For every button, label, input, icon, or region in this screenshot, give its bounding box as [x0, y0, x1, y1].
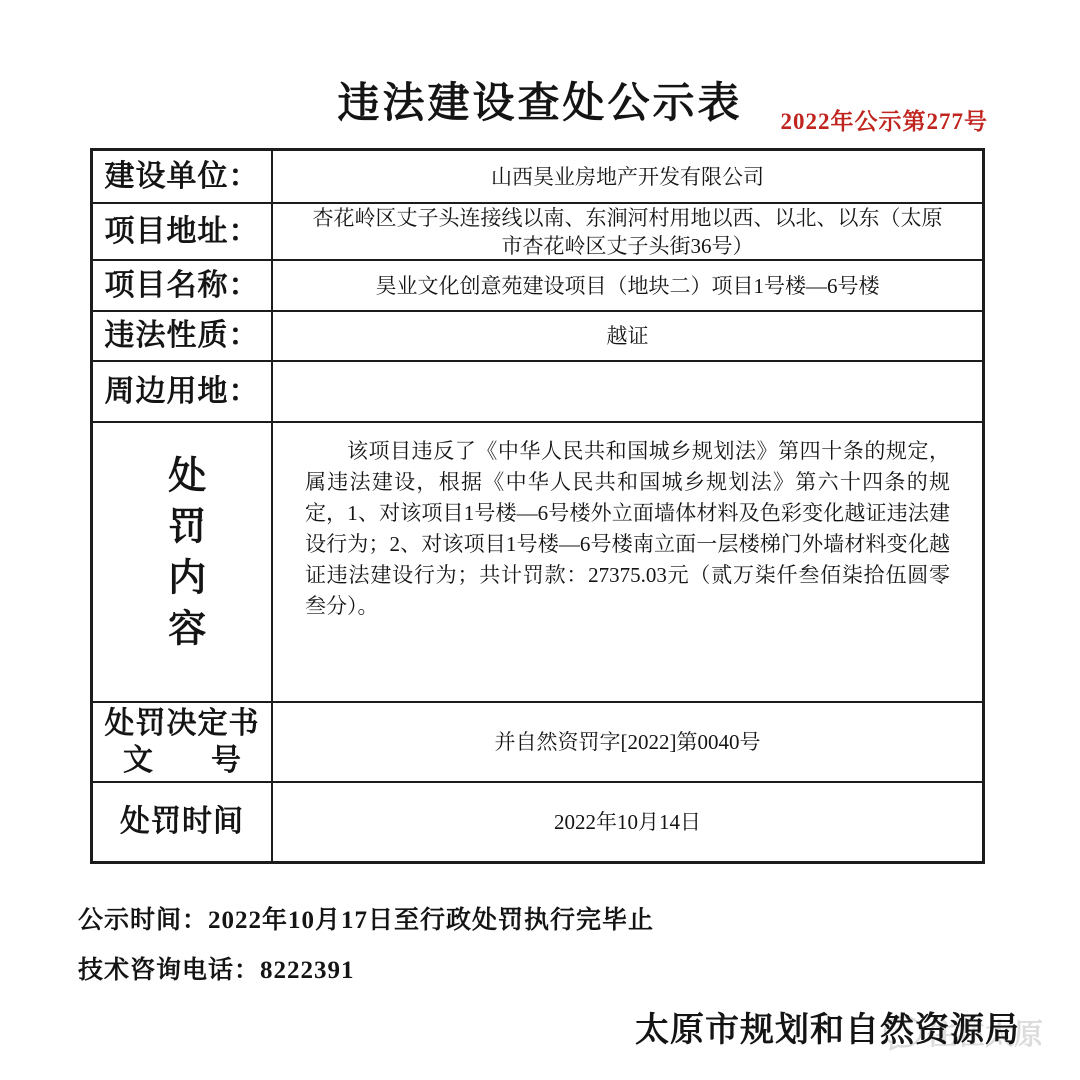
row-value: 山西昊业房地产开发有限公司 — [491, 163, 764, 191]
penalty-content-label: 处罚内容 — [158, 455, 206, 659]
decision-doc-number: 并自然资罚字[2022]第0040号 — [495, 728, 761, 756]
public-notice-period: 公示时间：2022年10月17日至行政处罚执行完毕止 — [78, 900, 654, 936]
row-label-cell: 处罚内容 — [93, 423, 273, 701]
row-value-cell: 越证 — [273, 312, 982, 360]
row-label-cell: 周边用地： — [93, 362, 273, 421]
table-row-violation-nature: 违法性质： 越证 — [93, 312, 982, 362]
row-label-cell: 项目名称： — [93, 261, 273, 310]
row-label-cell: 违法性质： — [93, 312, 273, 360]
row-value-cell: 该项目违反了《中华人民共和国城乡规划法》第四十条的规定，属违法建设，根据《中华人… — [273, 357, 982, 701]
table-row-construction-unit: 建设单位： 山西昊业房地产开发有限公司 — [93, 151, 982, 204]
decision-label-line1: 处罚决定书 — [105, 705, 260, 743]
row-value: 昊业文化创意苑建设项目（地块二）项目1号楼—6号楼 — [376, 272, 880, 300]
row-label-cell: 建设单位： — [93, 151, 273, 202]
row-label: 违法性质： — [105, 317, 260, 355]
row-label: 周边用地： — [105, 373, 260, 411]
row-label: 项目地址： — [105, 213, 260, 251]
row-label-cell: 处罚决定书 文 号 — [93, 703, 273, 781]
decision-label-line2: 文 号 — [109, 742, 255, 780]
issuing-agency: 太原市规划和自然资源局 — [635, 1002, 1020, 1051]
row-label-cell: 项目地址： — [93, 204, 273, 259]
penalty-time-value: 2022年10月14日 — [554, 808, 701, 836]
row-label: 处罚时间 — [120, 803, 244, 841]
row-value: 越证 — [607, 322, 649, 350]
consultation-phone: 技术咨询电话：8222391 — [78, 950, 355, 986]
table-row-penalty-content: 处罚内容 该项目违反了《中华人民共和国城乡规划法》第四十条的规定，属违法建设，根… — [93, 423, 982, 703]
row-label: 项目名称： — [105, 267, 260, 305]
row-value-cell: 杏花岭区丈子头连接线以南、东涧河村用地以西、以北、以东（太原市杏花岭区丈子头街3… — [273, 204, 982, 259]
table-row-penalty-time: 处罚时间 2022年10月14日 — [93, 783, 982, 861]
row-label-cell: 处罚时间 — [93, 783, 273, 861]
row-label: 建设单位： — [105, 158, 260, 196]
table-row-project-name: 项目名称： 昊业文化创意苑建设项目（地块二）项目1号楼—6号楼 — [93, 261, 982, 312]
row-value-cell: 山西昊业房地产开发有限公司 — [273, 151, 982, 202]
table-row-decision-doc-number: 处罚决定书 文 号 并自然资罚字[2022]第0040号 — [93, 703, 982, 783]
row-value-cell: 并自然资罚字[2022]第0040号 — [273, 703, 982, 781]
row-value: 杏花岭区丈子头连接线以南、东涧河村用地以西、以北、以东（太原市杏花岭区丈子头街3… — [303, 204, 952, 260]
row-value-cell: 2022年10月14日 — [273, 783, 982, 861]
table-row-project-address: 项目地址： 杏花岭区丈子头连接线以南、东涧河村用地以西、以北、以东（太原市杏花岭… — [93, 204, 982, 261]
doc-number: 2022年公示第277号 — [781, 103, 989, 136]
notice-table: 建设单位： 山西昊业房地产开发有限公司 项目地址： 杏花岭区丈子头连接线以南、东… — [90, 148, 985, 864]
penalty-content-text: 该项目违反了《中华人民共和国城乡规划法》第四十条的规定，属违法建设，根据《中华人… — [305, 436, 950, 622]
row-value-cell: 昊业文化创意苑建设项目（地块二）项目1号楼—6号楼 — [273, 261, 982, 310]
